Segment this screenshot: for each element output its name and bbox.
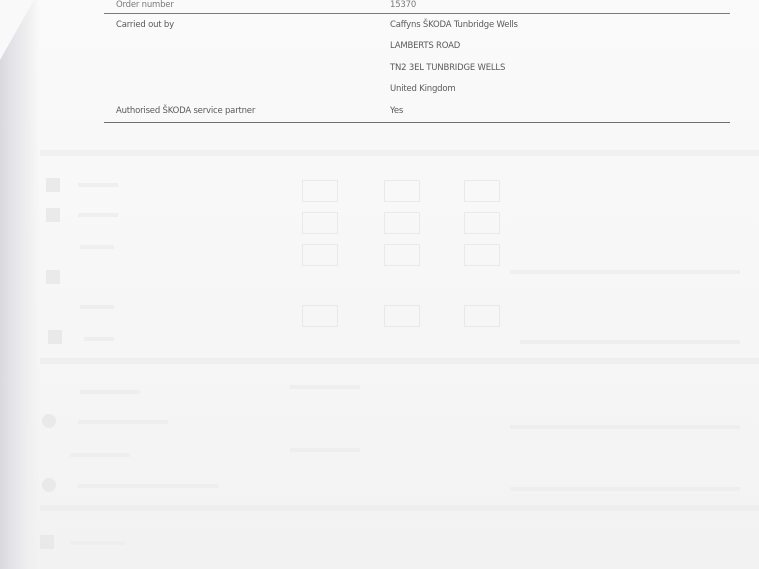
order-number-label: Order number [104, 0, 390, 10]
dealer-country: United Kingdom [390, 84, 730, 94]
carried-out-by-label: Carried out by [104, 20, 390, 30]
paper-edge-shadow [0, 0, 40, 569]
order-number-row: Order number 15370 [104, 0, 730, 13]
faded-icon [48, 330, 62, 344]
faded-rule [40, 150, 759, 156]
address-line-row: United Kingdom [104, 79, 730, 101]
carried-out-by-row: Carried out by Caffyns ŠKODA Tunbridge W… [104, 14, 730, 36]
faded-icon [46, 208, 60, 222]
faded-icon [46, 178, 60, 192]
faded-icon [42, 414, 56, 428]
service-details-table: Order number 15370 Carried out by Caffyn… [104, 0, 730, 123]
scanned-service-record-page: Order number 15370 Carried out by Caffyn… [0, 0, 759, 569]
faded-rule [40, 358, 759, 364]
dealer-name: Caffyns ŠKODA Tunbridge Wells [390, 20, 730, 30]
faded-icon [40, 535, 54, 549]
paper-fold-corner [0, 0, 34, 60]
faded-rule [40, 505, 759, 511]
authorised-partner-row: Authorised ŠKODA service partner Yes [104, 100, 730, 122]
faded-icon [46, 270, 60, 284]
authorised-partner-label: Authorised ŠKODA service partner [104, 106, 390, 116]
address-line-row: TN2 3EL TUNBRIDGE WELLS [104, 57, 730, 79]
order-number-value: 15370 [390, 0, 730, 10]
dealer-street: LAMBERTS ROAD [390, 41, 730, 51]
address-line-row: LAMBERTS ROAD [104, 36, 730, 58]
divider [104, 122, 730, 124]
faded-icon [42, 478, 56, 492]
dealer-postcode-town: TN2 3EL TUNBRIDGE WELLS [390, 63, 730, 73]
authorised-partner-value: Yes [390, 106, 730, 116]
